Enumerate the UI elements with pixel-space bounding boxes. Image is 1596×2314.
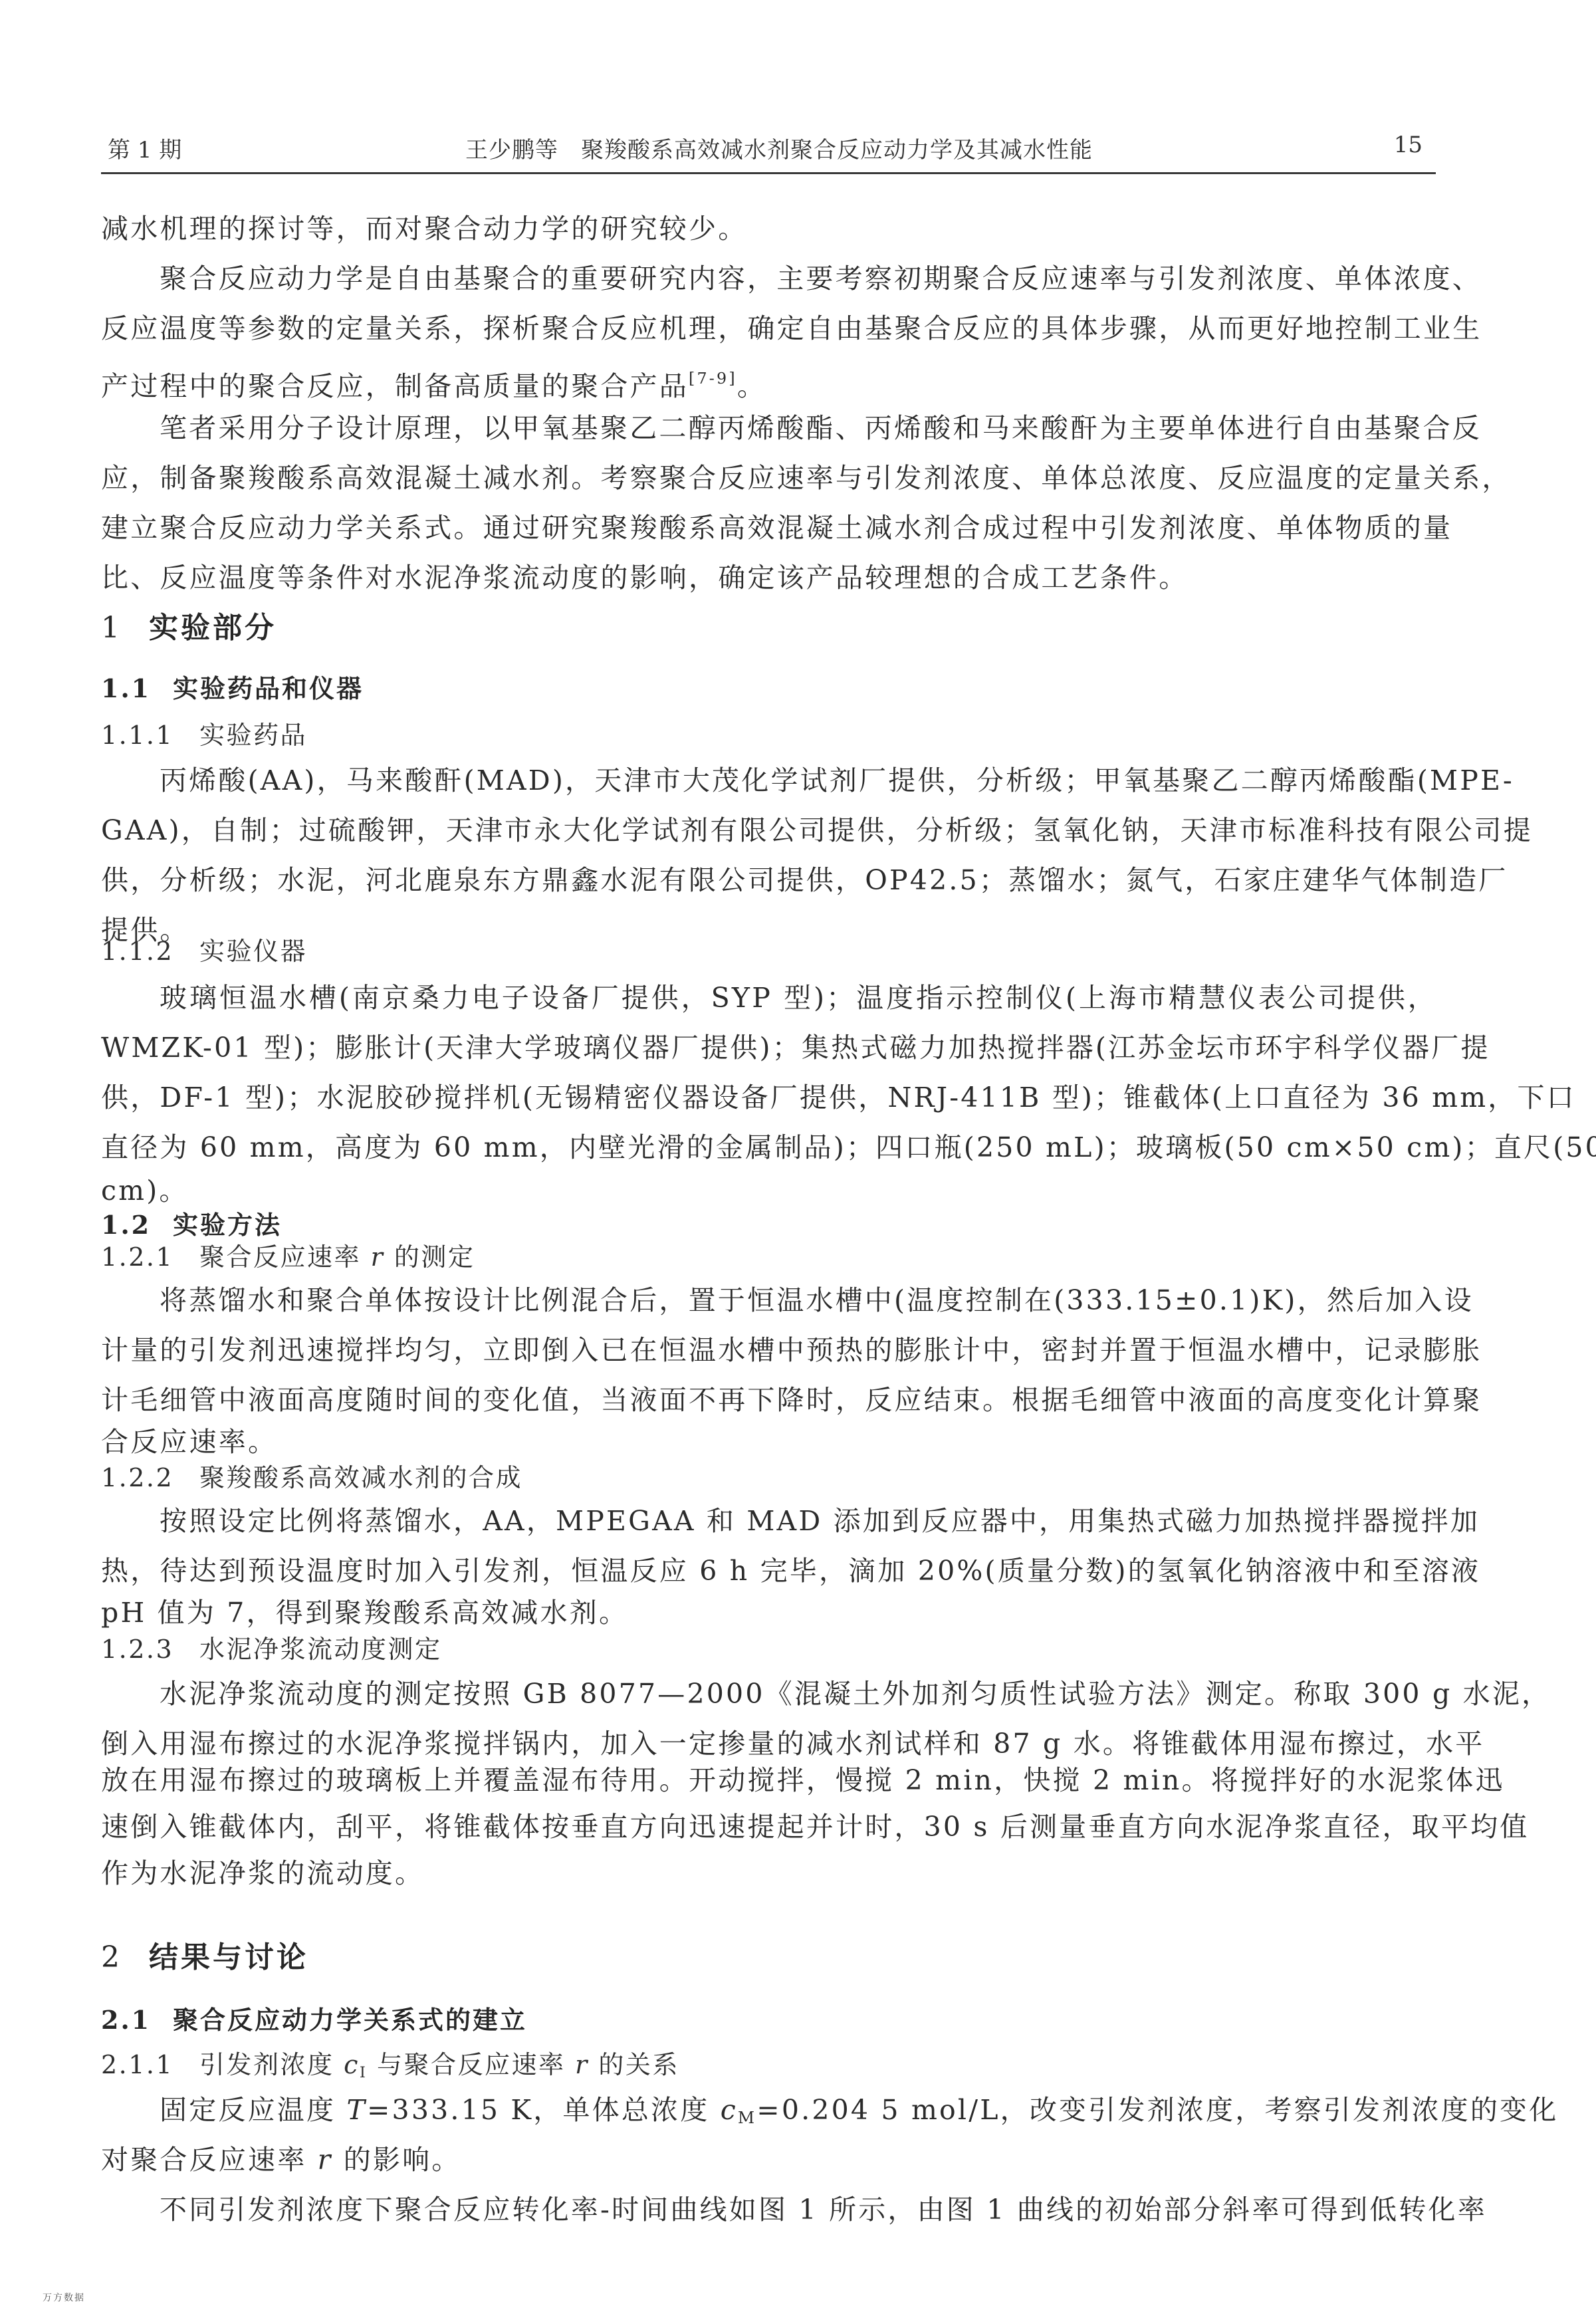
body-line: 比、反应温度等条件对水泥净浆流动度的影响，确定该产品较理想的合成工艺条件。: [101, 560, 1437, 595]
watermark-text: 万方数据: [43, 2291, 85, 2304]
body-text: 。: [737, 370, 766, 402]
heading-text: 与聚合反应速率: [377, 2050, 566, 2079]
header-rule: [101, 172, 1436, 174]
section-heading: 1实验部分: [101, 604, 277, 646]
subsubsection-number: 2.1.1: [101, 2050, 199, 2079]
body-line: 水泥净浆流动度的测定按照 GB 8077—2000《混凝土外加剂匀质性试验方法》…: [101, 1677, 1437, 1711]
body-line: pH 值为 7，得到聚羧酸系高效减水剂。: [101, 1595, 1437, 1630]
body-line: 建立聚合反应动力学关系式。通过研究聚羧酸系高效混凝土减水剂合成过程中引发剂浓度、…: [101, 511, 1437, 545]
variable-r: r: [318, 2144, 333, 2176]
body-line: 供，DF-1 型)；水泥胶砂搅拌机(无锡精密仪器设备厂提供，NRJ-411B 型…: [101, 1080, 1437, 1115]
subscript-I: I: [360, 2064, 368, 2081]
paper-page: 第 1 期 王少鹏等聚羧酸系高效减水剂聚合反应动力学及其减水性能 15 减水机理…: [0, 0, 1596, 2314]
body-line: 直径为 60 mm，高度为 60 mm，内壁光滑的金属制品)；四口瓶(250 m…: [101, 1130, 1437, 1165]
body-line: 反应温度等参数的定量关系，探析聚合反应机理，确定自由基聚合反应的具体步骤，从而更…: [101, 311, 1437, 346]
body-line: GAA)，自制；过硫酸钾，天津市永大化学试剂有限公司提供，分析级；氢氧化钠，天津…: [101, 813, 1437, 848]
citation-ref: [7-9]: [689, 369, 737, 388]
variable-T: T: [346, 2094, 367, 2126]
subsubsection-title: 水泥净浆流动度测定: [199, 1635, 442, 1664]
section-number: 2: [101, 1940, 149, 1974]
subsubsection-heading: 2.1.1引发剂浓度 cI 与聚合反应速率 r 的关系: [101, 2044, 679, 2081]
body-line: 产过程中的聚合反应，制备高质量的聚合产品[7-9]。: [101, 361, 1437, 404]
variable-c: c: [721, 2094, 738, 2126]
subsection-title: 实验方法: [173, 1211, 282, 1240]
subsubsection-title: 实验药品: [199, 721, 307, 750]
subsection-heading: 2.1聚合反应动力学关系式的建立: [101, 2000, 527, 2036]
variable-c: c: [344, 2050, 360, 2079]
body-line: 计毛细管中液面高度随时间的变化值，当液面不再下降时，反应结束。根据毛细管中液面的…: [101, 1383, 1437, 1417]
heading-text: 的测定: [394, 1242, 475, 1272]
body-line: 倒入用湿布擦过的水泥净浆搅拌锅内，加入一定掺量的减水剂试样和 87 g 水。将锥…: [101, 1726, 1437, 1761]
subsubsection-number: 1.2.1: [101, 1242, 199, 1272]
heading-text: 的关系: [598, 2050, 679, 2079]
section-heading: 2结果与讨论: [101, 1933, 308, 1976]
section-number: 1: [101, 611, 149, 645]
issue-number: 第 1 期: [108, 132, 181, 164]
body-line: 不同引发剂浓度下聚合反应转化率-时间曲线如图 1 所示，由图 1 曲线的初始部分…: [101, 2192, 1437, 2227]
subsubsection-title: 实验仪器: [199, 937, 307, 966]
heading-text: 聚合反应速率: [199, 1242, 361, 1272]
body-text: 的影响。: [344, 2144, 461, 2176]
body-line: 应，制备聚羧酸系高效混凝土减水剂。考察聚合反应速率与引发剂浓度、单体总浓度、反应…: [101, 461, 1437, 495]
body-text: 固定反应温度: [160, 2094, 336, 2126]
subsubsection-heading: 1.1.1实验药品: [101, 715, 307, 751]
running-article-title: 聚羧酸系高效减水剂聚合反应动力学及其减水性能: [581, 137, 1093, 164]
body-line: 将蒸馏水和聚合单体按设计比例混合后，置于恒温水槽中(温度控制在(333.15±0…: [101, 1283, 1437, 1318]
body-line: 供，分析级；水泥，河北鹿泉东方鼎鑫水泥有限公司提供，OP42.5；蒸馏水；氮气，…: [101, 863, 1437, 897]
subsubsection-number: 1.2.3: [101, 1635, 199, 1664]
running-title: 王少鹏等聚羧酸系高效减水剂聚合反应动力学及其减水性能: [465, 132, 1093, 164]
subsubsection-heading: 1.2.2聚羧酸系高效减水剂的合成: [101, 1457, 522, 1494]
body-line: 作为水泥净浆的流动度。: [101, 1856, 1437, 1891]
body-line: 固定反应温度 T=333.15 K，单体总浓度 cM=0.204 5 mol/L…: [101, 2093, 1437, 2135]
body-line: 聚合反应动力学是自由基聚合的重要研究内容，主要考察初期聚合反应速率与引发剂浓度、…: [101, 261, 1437, 296]
body-text: 产过程中的聚合反应，制备高质量的聚合产品: [101, 370, 689, 402]
body-line: 热，待达到预设温度时加入引发剂，恒温反应 6 h 完毕，滴加 20%(质量分数)…: [101, 1554, 1437, 1588]
subsubsection-number: 1.2.2: [101, 1463, 199, 1492]
body-line: 速倒入锥截体内，刮平，将锥截体按垂直方向迅速提起并计时，30 s 后测量垂直方向…: [101, 1809, 1437, 1844]
running-authors: 王少鹏等: [465, 137, 558, 164]
page-number: 15: [1394, 132, 1423, 158]
body-line: 计量的引发剂迅速搅拌均匀，立即倒入已在恒温水槽中预热的膨胀计中，密封并置于恒温水…: [101, 1333, 1437, 1367]
running-header: 第 1 期 王少鹏等聚羧酸系高效减水剂聚合反应动力学及其减水性能 15: [101, 132, 1437, 169]
subsection-heading: 1.2实验方法: [101, 1205, 282, 1241]
variable-r: r: [575, 2050, 589, 2079]
subsection-title: 聚合反应动力学关系式的建立: [173, 2006, 527, 2035]
body-line: 对聚合反应速率 r 的影响。: [101, 2142, 1437, 2177]
subsubsection-title: 聚羧酸系高效减水剂的合成: [199, 1463, 522, 1492]
subsubsection-heading: 1.2.1聚合反应速率 r 的测定: [101, 1236, 475, 1273]
body-line: 按照设定比例将蒸馏水，AA，MPEGAA 和 MAD 添加到反应器中，用集热式磁…: [101, 1504, 1437, 1538]
body-line: 丙烯酸(AA)，马来酸酐(MAD)，天津市大茂化学试剂厂提供，分析级；甲氧基聚乙…: [101, 763, 1437, 798]
subsection-heading: 1.1实验药品和仪器: [101, 668, 364, 705]
body-line: 减水机理的探讨等，而对聚合动力学的研究较少。: [101, 211, 1437, 246]
subsection-number: 1.2: [101, 1210, 173, 1240]
body-text: 对聚合反应速率: [101, 2144, 306, 2176]
subscript-M: M: [738, 2108, 756, 2127]
subsubsection-number: 1.1.1: [101, 721, 199, 750]
subsubsection-heading: 1.1.2实验仪器: [101, 931, 307, 967]
subsection-number: 1.1: [101, 673, 173, 703]
body-line: 合反应速率。: [101, 1425, 1437, 1459]
subsection-number: 2.1: [101, 2005, 173, 2035]
body-line: 放在用湿布擦过的玻璃板上并覆盖湿布待用。开动搅拌，慢搅 2 min，快搅 2 m…: [101, 1763, 1437, 1797]
body-line: 笔者采用分子设计原理，以甲氧基聚乙二醇丙烯酸酯、丙烯酸和马来酸酐为主要单体进行自…: [101, 411, 1437, 445]
body-text: =333.15 K，单体总浓度: [367, 2094, 709, 2126]
body-text: =0.204 5 mol/L，改变引发剂浓度，考察引发剂浓度的变化: [756, 2094, 1558, 2126]
subsubsection-heading: 1.2.3水泥净浆流动度测定: [101, 1629, 442, 1665]
subsection-title: 实验药品和仪器: [173, 674, 364, 703]
body-line: 玻璃恒温水槽(南京桑力电子设备厂提供，SYP 型)；温度指示控制仪(上海市精慧仪…: [101, 981, 1437, 1015]
section-title: 结果与讨论: [149, 1940, 308, 1974]
body-line: WMZK-01 型)；膨胀计(天津大学玻璃仪器厂提供)；集热式磁力加热搅拌器(江…: [101, 1030, 1437, 1065]
subsubsection-number: 1.1.2: [101, 937, 199, 966]
variable-r: r: [371, 1242, 385, 1272]
heading-text: 引发剂浓度: [199, 2050, 334, 2079]
section-title: 实验部分: [149, 611, 277, 645]
body-line: cm)。: [101, 1173, 1437, 1208]
